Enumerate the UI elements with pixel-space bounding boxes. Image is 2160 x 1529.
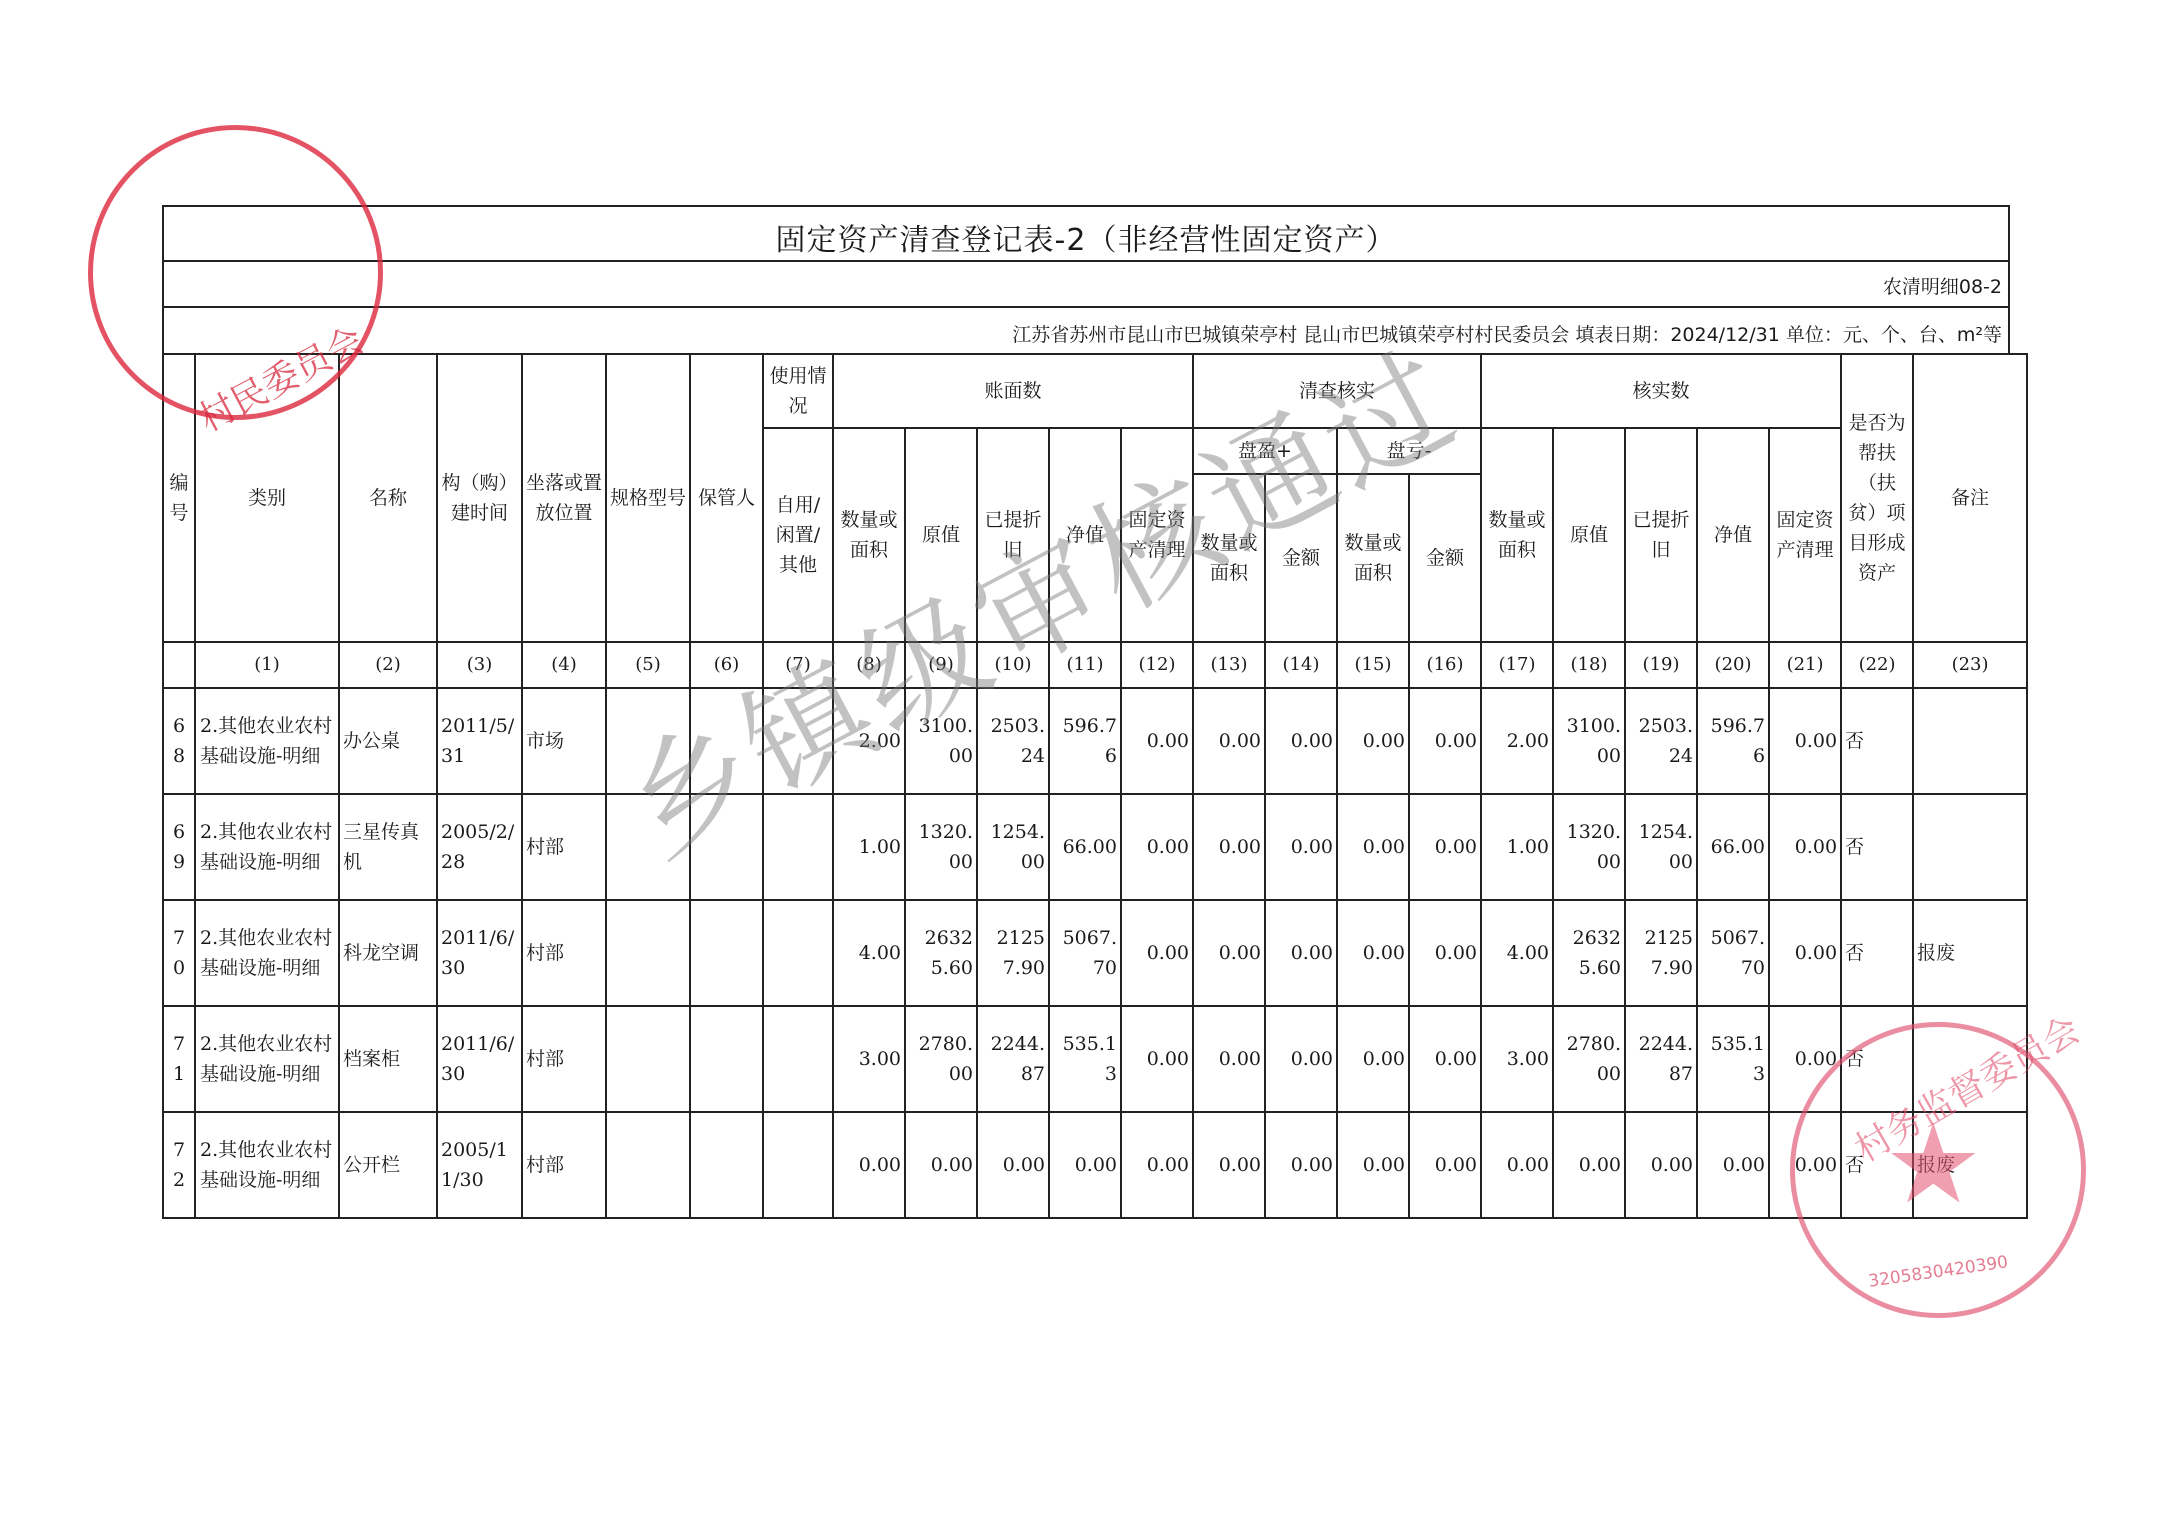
header-surplus-qty: 数量或面积 — [1193, 474, 1265, 642]
column-index: (23) — [1913, 642, 2027, 688]
table-row: 682.其他农业农村基础设施-明细办公桌2011/5/31市场2.003100.… — [163, 688, 2027, 794]
header-surplus-group: 盘盈+ — [1193, 428, 1337, 474]
cell-build-time: 2005/2/28 — [437, 794, 522, 900]
cell-book-clear: 0.00 — [1121, 688, 1193, 794]
cell-build-time: 2011/6/30 — [437, 900, 522, 1006]
cell-category: 2.其他农业农村基础设施-明细 — [195, 1112, 339, 1218]
cell-ver-clear: 0.00 — [1769, 1006, 1841, 1112]
cell-book-net: 596.76 — [1049, 688, 1121, 794]
header-ver-net: 净值 — [1697, 428, 1769, 642]
cell-surplus-amt: 0.00 — [1265, 900, 1337, 1006]
cell-book-net: 66.00 — [1049, 794, 1121, 900]
column-index: (8) — [833, 642, 905, 688]
cell-loss-qty: 0.00 — [1337, 688, 1409, 794]
cell-book-net: 0.00 — [1049, 1112, 1121, 1218]
column-index: (2) — [339, 642, 437, 688]
column-index: (4) — [522, 642, 606, 688]
header-name: 名称 — [339, 354, 437, 642]
cell-book-net: 5067.70 — [1049, 900, 1121, 1006]
cell-book-qty: 3.00 — [833, 1006, 905, 1112]
cell-book-depr: 2244.87 — [977, 1006, 1049, 1112]
column-index: (18) — [1553, 642, 1625, 688]
header-loss-group: 盘亏- — [1337, 428, 1481, 474]
cell-keeper — [690, 794, 763, 900]
index-cell-blank — [163, 642, 195, 688]
cell-ver-depr: 1254.00 — [1625, 794, 1697, 900]
asset-register-form: 固定资产清查登记表-2（非经营性固定资产） 农清明细08-2 江苏省苏州市昆山市… — [162, 205, 2010, 1219]
cell-spec — [606, 900, 690, 1006]
table-row: 722.其他农业农村基础设施-明细公开栏2005/11/30村部0.000.00… — [163, 1112, 2027, 1218]
cell-surplus-amt: 0.00 — [1265, 1112, 1337, 1218]
cell-usage — [763, 900, 833, 1006]
cell-surplus-amt: 0.00 — [1265, 1006, 1337, 1112]
cell-book-original: 3100.00 — [905, 688, 977, 794]
header-poverty: 是否为帮扶（扶贫）项目形成资产 — [1841, 354, 1913, 642]
cell-loss-amt: 0.00 — [1409, 1112, 1481, 1218]
cell-ver-qty: 4.00 — [1481, 900, 1553, 1006]
form-code-band: 农清明细08-2 — [162, 260, 2010, 306]
asset-table: 编号 类别 名称 构（购）建时间 坐落或置放位置 规格型号 保管人 使用情况 账… — [162, 353, 2028, 1219]
table-row: 692.其他农业农村基础设施-明细三星传真机2005/2/28村部1.00132… — [163, 794, 2027, 900]
cell-keeper — [690, 688, 763, 794]
title-band: 固定资产清查登记表-2（非经营性固定资产） — [162, 205, 2010, 260]
cell-keeper — [690, 1112, 763, 1218]
cell-ver-original: 2780.00 — [1553, 1006, 1625, 1112]
cell-book-depr: 2503.24 — [977, 688, 1049, 794]
cell-spec — [606, 794, 690, 900]
header-surplus-amt: 金额 — [1265, 474, 1337, 642]
cell-ver-qty: 0.00 — [1481, 1112, 1553, 1218]
cell-ver-depr: 0.00 — [1625, 1112, 1697, 1218]
cell-surplus-amt: 0.00 — [1265, 794, 1337, 900]
column-index: (17) — [1481, 642, 1553, 688]
cell-location: 村部 — [522, 1006, 606, 1112]
table-row: 712.其他农业农村基础设施-明细档案柜2011/6/30村部3.002780.… — [163, 1006, 2027, 1112]
header-usage-group: 使用情况 — [763, 354, 833, 428]
cell-ver-original: 26325.60 — [1553, 900, 1625, 1006]
cell-ver-qty: 2.00 — [1481, 688, 1553, 794]
cell-no: 72 — [163, 1112, 195, 1218]
cell-ver-original: 0.00 — [1553, 1112, 1625, 1218]
table-row: 702.其他农业农村基础设施-明细科龙空调2011/6/30村部4.002632… — [163, 900, 2027, 1006]
cell-remark — [1913, 794, 2027, 900]
cell-loss-amt: 0.00 — [1409, 688, 1481, 794]
cell-poverty: 否 — [1841, 794, 1913, 900]
cell-surplus-qty: 0.00 — [1193, 900, 1265, 1006]
column-index-row: (1)(2)(3)(4)(5)(6)(7)(8)(9)(10)(11)(12)(… — [163, 642, 2027, 688]
column-index: (19) — [1625, 642, 1697, 688]
cell-category: 2.其他农业农村基础设施-明细 — [195, 1006, 339, 1112]
header-book-clear: 固定资产清理 — [1121, 428, 1193, 642]
cell-no: 71 — [163, 1006, 195, 1112]
cell-location: 村部 — [522, 1112, 606, 1218]
cell-spec — [606, 1006, 690, 1112]
header-keeper: 保管人 — [690, 354, 763, 642]
cell-ver-qty: 1.00 — [1481, 794, 1553, 900]
cell-loss-amt: 0.00 — [1409, 794, 1481, 900]
form-title: 固定资产清查登记表-2（非经营性固定资产） — [164, 215, 2008, 259]
form-code: 农清明细08-2 — [1883, 272, 2002, 299]
header-book-qty: 数量或面积 — [833, 428, 905, 642]
cell-usage — [763, 688, 833, 794]
cell-category: 2.其他农业农村基础设施-明细 — [195, 900, 339, 1006]
cell-book-qty: 0.00 — [833, 1112, 905, 1218]
cell-usage — [763, 1112, 833, 1218]
cell-book-qty: 2.00 — [833, 688, 905, 794]
cell-ver-qty: 3.00 — [1481, 1006, 1553, 1112]
cell-keeper — [690, 900, 763, 1006]
cell-ver-net: 596.76 — [1697, 688, 1769, 794]
cell-no: 68 — [163, 688, 195, 794]
column-index: (11) — [1049, 642, 1121, 688]
cell-build-time: 2011/6/30 — [437, 1006, 522, 1112]
cell-ver-clear: 0.00 — [1769, 900, 1841, 1006]
header-ver-depr: 已提折旧 — [1625, 428, 1697, 642]
cell-book-qty: 4.00 — [833, 900, 905, 1006]
cell-usage — [763, 794, 833, 900]
header-remark: 备注 — [1913, 354, 2027, 642]
cell-name: 三星传真机 — [339, 794, 437, 900]
column-index: (14) — [1265, 642, 1337, 688]
cell-no: 70 — [163, 900, 195, 1006]
cell-book-clear: 0.00 — [1121, 1112, 1193, 1218]
cell-ver-clear: 0.00 — [1769, 1112, 1841, 1218]
column-index: (13) — [1193, 642, 1265, 688]
cell-build-time: 2011/5/31 — [437, 688, 522, 794]
column-index: (22) — [1841, 642, 1913, 688]
cell-location: 村部 — [522, 900, 606, 1006]
header-ver-original: 原值 — [1553, 428, 1625, 642]
column-index: (7) — [763, 642, 833, 688]
cell-poverty: 否 — [1841, 900, 1913, 1006]
column-index: (20) — [1697, 642, 1769, 688]
cell-ver-original: 3100.00 — [1553, 688, 1625, 794]
header-location: 坐落或置放位置 — [522, 354, 606, 642]
info-line: 江苏省苏州市昆山市巴城镇荣亭村 昆山市巴城镇荣亭村村民委员会 填表日期：2024… — [1012, 320, 2002, 347]
header-book-original: 原值 — [905, 428, 977, 642]
column-index: (10) — [977, 642, 1049, 688]
cell-name: 科龙空调 — [339, 900, 437, 1006]
cell-ver-net: 535.13 — [1697, 1006, 1769, 1112]
column-index: (21) — [1769, 642, 1841, 688]
cell-book-original: 0.00 — [905, 1112, 977, 1218]
header-ver-clear: 固定资产清理 — [1769, 428, 1841, 642]
cell-no: 69 — [163, 794, 195, 900]
header-usage: 自用/闲置/其他 — [763, 428, 833, 642]
header-loss-qty: 数量或面积 — [1337, 474, 1409, 642]
cell-ver-net: 0.00 — [1697, 1112, 1769, 1218]
cell-surplus-qty: 0.00 — [1193, 688, 1265, 794]
cell-book-clear: 0.00 — [1121, 900, 1193, 1006]
cell-name: 公开栏 — [339, 1112, 437, 1218]
cell-loss-qty: 0.00 — [1337, 1112, 1409, 1218]
cell-ver-net: 5067.70 — [1697, 900, 1769, 1006]
header-check-group: 清查核实 — [1193, 354, 1481, 428]
cell-loss-qty: 0.00 — [1337, 1006, 1409, 1112]
column-index: (9) — [905, 642, 977, 688]
header-book-group: 账面数 — [833, 354, 1193, 428]
cell-loss-qty: 0.00 — [1337, 794, 1409, 900]
cell-build-time: 2005/11/30 — [437, 1112, 522, 1218]
column-index: (3) — [437, 642, 522, 688]
cell-category: 2.其他农业农村基础设施-明细 — [195, 688, 339, 794]
column-index: (1) — [195, 642, 339, 688]
cell-ver-depr: 2244.87 — [1625, 1006, 1697, 1112]
cell-book-depr: 0.00 — [977, 1112, 1049, 1218]
cell-loss-qty: 0.00 — [1337, 900, 1409, 1006]
cell-location: 市场 — [522, 688, 606, 794]
cell-ver-original: 1320.00 — [1553, 794, 1625, 900]
cell-ver-clear: 0.00 — [1769, 688, 1841, 794]
cell-usage — [763, 1006, 833, 1112]
cell-ver-net: 66.00 — [1697, 794, 1769, 900]
cell-keeper — [690, 1006, 763, 1112]
cell-book-clear: 0.00 — [1121, 1006, 1193, 1112]
cell-book-net: 535.13 — [1049, 1006, 1121, 1112]
cell-name: 档案柜 — [339, 1006, 437, 1112]
cell-name: 办公桌 — [339, 688, 437, 794]
cell-surplus-amt: 0.00 — [1265, 688, 1337, 794]
header-row-1: 编号 类别 名称 构（购）建时间 坐落或置放位置 规格型号 保管人 使用情况 账… — [163, 354, 2027, 428]
cell-remark — [1913, 688, 2027, 794]
cell-surplus-qty: 0.00 — [1193, 1112, 1265, 1218]
cell-ver-depr: 2503.24 — [1625, 688, 1697, 794]
cell-book-original: 26325.60 — [905, 900, 977, 1006]
table-body: 682.其他农业农村基础设施-明细办公桌2011/5/31市场2.003100.… — [163, 688, 2027, 1218]
cell-poverty: 否 — [1841, 688, 1913, 794]
cell-surplus-qty: 0.00 — [1193, 1006, 1265, 1112]
cell-category: 2.其他农业农村基础设施-明细 — [195, 794, 339, 900]
cell-book-depr: 1254.00 — [977, 794, 1049, 900]
column-index: (16) — [1409, 642, 1481, 688]
column-index: (6) — [690, 642, 763, 688]
header-build-time: 构（购）建时间 — [437, 354, 522, 642]
cell-book-original: 1320.00 — [905, 794, 977, 900]
cell-remark: 报废 — [1913, 900, 2027, 1006]
cell-ver-depr: 21257.90 — [1625, 900, 1697, 1006]
header-ver-qty: 数量或面积 — [1481, 428, 1553, 642]
cell-surplus-qty: 0.00 — [1193, 794, 1265, 900]
header-spec: 规格型号 — [606, 354, 690, 642]
column-index: (15) — [1337, 642, 1409, 688]
header-loss-amt: 金额 — [1409, 474, 1481, 642]
cell-loss-amt: 0.00 — [1409, 1006, 1481, 1112]
header-verified-group: 核实数 — [1481, 354, 1841, 428]
cell-loss-amt: 0.00 — [1409, 900, 1481, 1006]
cell-location: 村部 — [522, 794, 606, 900]
cell-spec — [606, 1112, 690, 1218]
header-book-net: 净值 — [1049, 428, 1121, 642]
stamp-code: 3205830420390 — [1867, 1252, 2009, 1291]
column-index: (5) — [606, 642, 690, 688]
cell-ver-clear: 0.00 — [1769, 794, 1841, 900]
column-index: (12) — [1121, 642, 1193, 688]
cell-spec — [606, 688, 690, 794]
cell-book-clear: 0.00 — [1121, 794, 1193, 900]
cell-book-original: 2780.00 — [905, 1006, 977, 1112]
cell-book-qty: 1.00 — [833, 794, 905, 900]
header-book-depr: 已提折旧 — [977, 428, 1049, 642]
cell-book-depr: 21257.90 — [977, 900, 1049, 1006]
info-band: 江苏省苏州市昆山市巴城镇荣亭村 昆山市巴城镇荣亭村村民委员会 填表日期：2024… — [162, 306, 2010, 353]
